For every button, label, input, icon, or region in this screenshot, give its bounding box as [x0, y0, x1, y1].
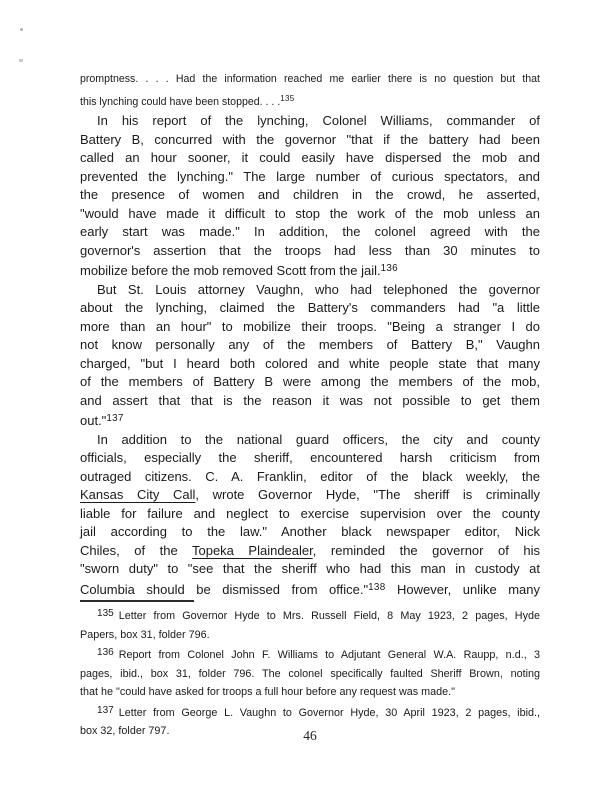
text-block: promptness. . . . Had the information re…: [80, 70, 540, 741]
text-line: 135Letter from Governor Hyde to Mrs. Rus…: [80, 605, 540, 626]
text-line: of the members of Battery B were among t…: [80, 373, 540, 392]
text-line: 136Report from Colonel John F. Williams …: [80, 644, 540, 665]
text-line: out."137: [80, 410, 540, 431]
text-segment: Letter from George L. Vaughn to Governor…: [119, 707, 540, 719]
text-line: In his report of the lynching, Colonel W…: [80, 112, 540, 131]
text-line: and assert that that is the reason it wa…: [80, 392, 540, 411]
text-segment: about the lynching, claimed the Battery'…: [80, 300, 540, 315]
text-segment: that he "could have asked for troops a f…: [80, 686, 455, 698]
text-line: officials, especially the sheriff, encou…: [80, 449, 540, 468]
text-line: early start was made." In addition, the …: [80, 223, 540, 242]
text-segment: mobilize before the mob removed Scott fr…: [80, 263, 381, 278]
text-segment: "sworn duty" to "see that the sheriff wh…: [80, 561, 540, 576]
text-segment: Papers, box 31, folder 796.: [80, 629, 210, 641]
text-line: Papers, box 31, folder 796.: [80, 626, 540, 645]
text-line: But St. Louis attorney Vaughn, who had t…: [80, 281, 540, 300]
text-segment: liable for failure and neglect to exerci…: [80, 506, 540, 521]
text-line: outraged citizens. C. A. Franklin, edito…: [80, 468, 540, 487]
text-line: called an hour sooner, it could easily h…: [80, 149, 540, 168]
footnotes-section: 135Letter from Governor Hyde to Mrs. Rus…: [80, 605, 540, 741]
body-paragraphs: In his report of the lynching, Colonel W…: [80, 112, 540, 599]
text-segment: officials, especially the sheriff, encou…: [80, 450, 540, 465]
text-segment: and assert that that is the reason it wa…: [80, 393, 540, 408]
text-line: about the lynching, claimed the Battery'…: [80, 299, 540, 318]
text-segment: , wrote Governor Hyde, "The sheriff is c…: [195, 487, 540, 502]
footnote-separator-rule: [80, 600, 194, 602]
text-segment: Report from Colonel John F. Williams to …: [119, 649, 540, 661]
text-line: Battery B, concurred with the governor "…: [80, 131, 540, 150]
footnote-number: 135: [97, 608, 114, 619]
text-line: governor's assertion that the troops had…: [80, 242, 540, 261]
text-line: promptness. . . . Had the information re…: [80, 70, 540, 89]
text-segment: Battery B, concurred with the governor "…: [80, 132, 540, 147]
footnote-reference-superscript: 135: [280, 94, 294, 103]
text-segment: outraged citizens. C. A. Franklin, edito…: [80, 469, 540, 484]
text-segment: Chiles, of the: [80, 543, 192, 558]
text-segment: In addition to the national guard office…: [97, 432, 540, 447]
text-line: this lynching could have been stopped. .…: [80, 89, 540, 112]
paragraph: But St. Louis attorney Vaughn, who had t…: [80, 281, 540, 431]
text-line: Columbia should be dismissed from office…: [80, 579, 540, 600]
text-line: "would have made it difficult to stop th…: [80, 205, 540, 224]
footnote-number: 137: [97, 705, 114, 716]
paragraph: In addition to the national guard office…: [80, 431, 540, 600]
text-segment: called an hour sooner, it could easily h…: [80, 150, 540, 165]
text-line: 137Letter from George L. Vaughn to Gover…: [80, 702, 540, 723]
footnote-reference-superscript: 136: [381, 263, 398, 274]
text-segment: Columbia should be dismissed from office…: [80, 582, 368, 597]
text-segment: not know personally any of the members o…: [80, 337, 540, 352]
text-segment: , reminded the governor of his: [313, 543, 540, 558]
footnote: 136Report from Colonel John F. Williams …: [80, 644, 540, 702]
text-segment: charged, "but I heard both colored and w…: [80, 356, 540, 371]
text-line: mobilize before the mob removed Scott fr…: [80, 260, 540, 281]
text-line: liable for failure and neglect to exerci…: [80, 505, 540, 524]
paragraph: In his report of the lynching, Colonel W…: [80, 112, 540, 281]
text-line: charged, "but I heard both colored and w…: [80, 355, 540, 374]
text-segment: out.": [80, 413, 106, 428]
text-line: not know personally any of the members o…: [80, 336, 540, 355]
footnote-reference-superscript: 138: [368, 582, 385, 593]
text-segment: prevented the lynching." The large numbe…: [80, 169, 540, 184]
text-line: that he "could have asked for troops a f…: [80, 683, 540, 702]
text-segment: the presence of women and children in th…: [80, 187, 540, 202]
underlined-publication-title: Kansas City Call: [80, 487, 195, 502]
text-line: In addition to the national guard office…: [80, 431, 540, 450]
page-number: 46: [80, 728, 540, 744]
scanned-document-page: promptness. . . . Had the information re…: [0, 0, 612, 792]
text-segment: However, unlike many: [386, 582, 541, 597]
footnote-reference-superscript: 137: [106, 413, 123, 424]
text-segment: more than an hour" to mobilize their tro…: [80, 319, 540, 334]
text-segment: promptness. . . . Had the information re…: [80, 73, 540, 85]
scan-artifact-speck: [20, 28, 23, 31]
scan-artifact-speck: [19, 59, 23, 62]
text-line: "sworn duty" to "see that the sheriff wh…: [80, 560, 540, 579]
text-segment: In his report of the lynching, Colonel W…: [97, 113, 540, 128]
text-segment: "would have made it difficult to stop th…: [80, 206, 540, 221]
text-segment: But St. Louis attorney Vaughn, who had t…: [97, 282, 540, 297]
text-line: jail according to the law." Another blac…: [80, 523, 540, 542]
text-segment: early start was made." In addition, the …: [80, 224, 540, 239]
text-segment: governor's assertion that the troops had…: [80, 243, 540, 258]
text-segment: jail according to the law." Another blac…: [80, 524, 540, 539]
text-segment: Letter from Governor Hyde to Mrs. Russel…: [119, 610, 540, 622]
text-line: prevented the lynching." The large numbe…: [80, 168, 540, 187]
text-line: pages, ibid., box 31, folder 796. The co…: [80, 665, 540, 684]
underlined-publication-title: Topeka Plaindealer: [192, 543, 313, 558]
text-segment: this lynching could have been stopped. .…: [80, 96, 280, 108]
block-quote-continuation: promptness. . . . Had the information re…: [80, 70, 540, 112]
text-line: the presence of women and children in th…: [80, 186, 540, 205]
text-line: Kansas City Call, wrote Governor Hyde, "…: [80, 486, 540, 505]
footnote-number: 136: [97, 647, 114, 658]
footnote: 135Letter from Governor Hyde to Mrs. Rus…: [80, 605, 540, 644]
text-line: Chiles, of the Topeka Plaindealer, remin…: [80, 542, 540, 561]
text-line: more than an hour" to mobilize their tro…: [80, 318, 540, 337]
text-segment: pages, ibid., box 31, folder 796. The co…: [80, 668, 540, 680]
text-segment: of the members of Battery B were among t…: [80, 374, 540, 389]
